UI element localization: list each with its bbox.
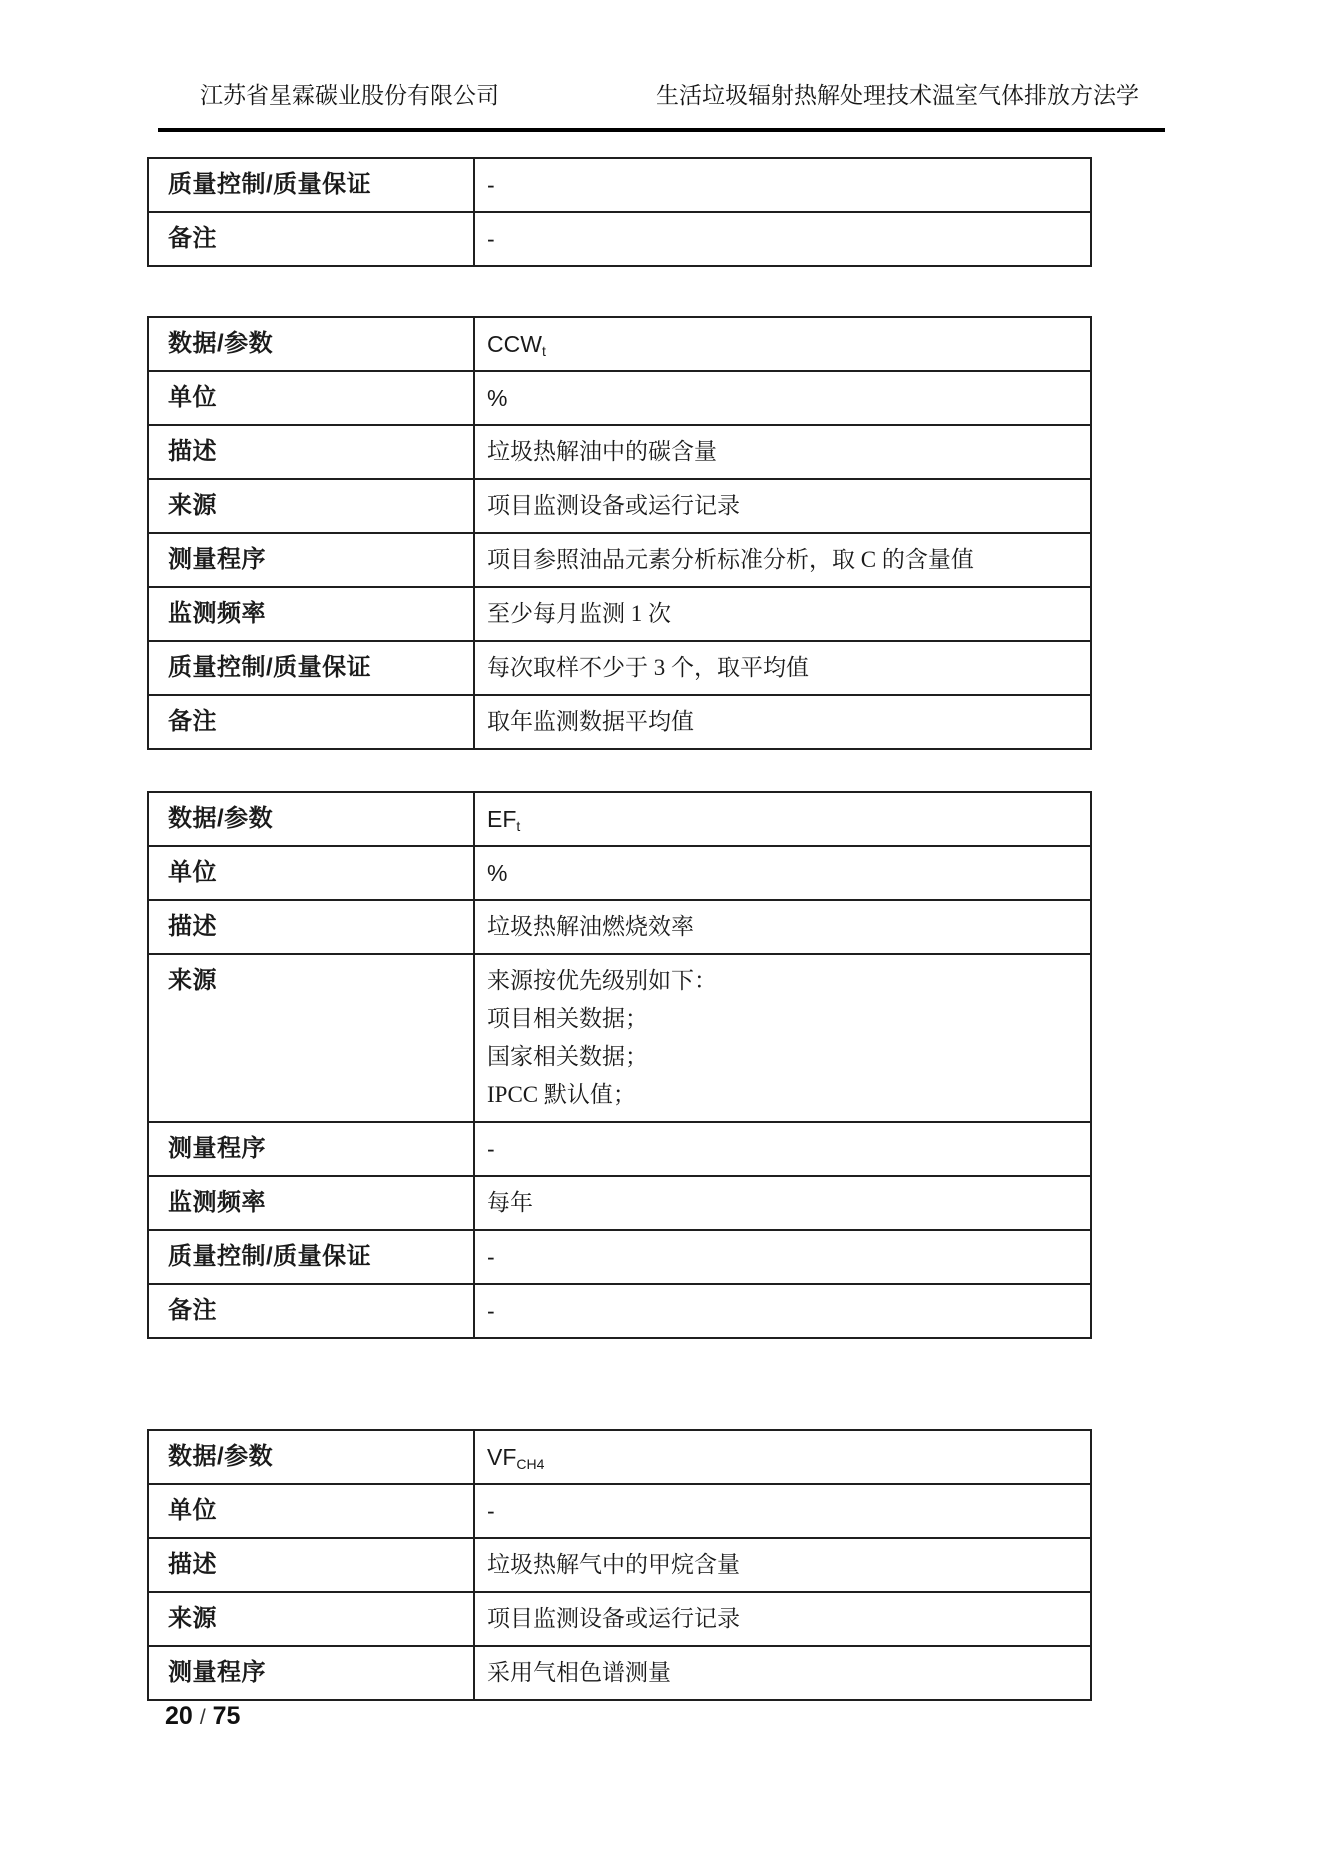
- row-label: 测量程序: [148, 1646, 474, 1700]
- table-row: 单位-: [148, 1484, 1091, 1538]
- row-value-text: EF: [487, 806, 516, 832]
- row-label: 描述: [148, 1538, 474, 1592]
- row-label: 备注: [148, 695, 474, 749]
- row-label: 来源: [148, 954, 474, 1122]
- row-value-text: -: [487, 1498, 495, 1524]
- row-label: 来源: [148, 1592, 474, 1646]
- row-label: 测量程序: [148, 533, 474, 587]
- row-value: 项目监测设备或运行记录: [474, 1592, 1091, 1646]
- table-row: 备注取年监测数据平均值: [148, 695, 1091, 749]
- row-label: 单位: [148, 846, 474, 900]
- row-value-text: -: [487, 226, 495, 252]
- table-param-eft: 数据/参数EFt单位%描述垃圾热解油燃烧效率来源来源按优先级别如下：项目相关数据…: [147, 791, 1092, 1339]
- row-value-text: 每年: [487, 1190, 533, 1215]
- row-value: -: [474, 1484, 1091, 1538]
- row-value: 垃圾热解油中的碳含量: [474, 425, 1091, 479]
- row-label: 单位: [148, 1484, 474, 1538]
- table-row: 数据/参数EFt: [148, 792, 1091, 846]
- row-label: 质量控制/质量保证: [148, 641, 474, 695]
- row-value: 采用气相色谱测量: [474, 1646, 1091, 1700]
- row-value-line: 来源按优先级别如下：: [487, 969, 1082, 993]
- row-value-line: 国家相关数据；: [487, 1045, 1082, 1069]
- row-value-text: 垃圾热解油中的碳含量: [487, 439, 717, 464]
- table-row: 数据/参数VFCH4: [148, 1430, 1091, 1484]
- row-value: VFCH4: [474, 1430, 1091, 1484]
- row-value-line: IPCC 默认值；: [487, 1083, 1082, 1107]
- row-label: 数据/参数: [148, 1430, 474, 1484]
- row-value: EFt: [474, 792, 1091, 846]
- page-number: 20: [165, 1702, 193, 1730]
- table-row: 监测频率每年: [148, 1176, 1091, 1230]
- row-label: 质量控制/质量保证: [148, 1230, 474, 1284]
- table-row: 质量控制/质量保证-: [148, 158, 1091, 212]
- row-label: 备注: [148, 1284, 474, 1338]
- document-title: 生活垃圾辐射热解处理技术温室气体排放方法学: [656, 80, 1139, 112]
- table-row: 数据/参数CCWt: [148, 317, 1091, 371]
- row-value-subscript: CH4: [516, 1456, 544, 1472]
- row-value: -: [474, 1122, 1091, 1176]
- row-value: 垃圾热解油燃烧效率: [474, 900, 1091, 954]
- table-row: 质量控制/质量保证每次取样不少于 3 个，取平均值: [148, 641, 1091, 695]
- row-label: 数据/参数: [148, 317, 474, 371]
- table-row: 测量程序-: [148, 1122, 1091, 1176]
- document-page: 江苏省星霖碳业股份有限公司 生活垃圾辐射热解处理技术温室气体排放方法学 质量控制…: [0, 0, 1323, 1871]
- row-label: 监测频率: [148, 587, 474, 641]
- row-value: CCWt: [474, 317, 1091, 371]
- row-value-text: %: [487, 385, 507, 411]
- table-row: 描述垃圾热解油中的碳含量: [148, 425, 1091, 479]
- row-value: 项目参照油品元素分析标准分析，取 C 的含量值: [474, 533, 1091, 587]
- table-qc-remark: 质量控制/质量保证-备注-: [147, 157, 1092, 267]
- table-param-ccwt: 数据/参数CCWt单位%描述垃圾热解油中的碳含量来源项目监测设备或运行记录测量程…: [147, 316, 1092, 750]
- row-value-text: CCW: [487, 331, 542, 357]
- row-value: 每次取样不少于 3 个，取平均值: [474, 641, 1091, 695]
- row-value-text: 取年监测数据平均值: [487, 709, 694, 734]
- row-value-text: 至少每月监测 1 次: [487, 601, 671, 626]
- row-value-text: -: [487, 1244, 495, 1270]
- row-label: 监测频率: [148, 1176, 474, 1230]
- row-value-subscript: t: [516, 818, 520, 834]
- table-row: 单位%: [148, 371, 1091, 425]
- page-header: 江苏省星霖碳业股份有限公司 生活垃圾辐射热解处理技术温室气体排放方法学: [158, 80, 1165, 132]
- row-value-text: -: [487, 1298, 495, 1324]
- table-row: 来源来源按优先级别如下：项目相关数据；国家相关数据；IPCC 默认值；: [148, 954, 1091, 1122]
- row-label: 数据/参数: [148, 792, 474, 846]
- row-value-text: 每次取样不少于 3 个，取平均值: [487, 655, 809, 680]
- row-value: 取年监测数据平均值: [474, 695, 1091, 749]
- row-value: 垃圾热解气中的甲烷含量: [474, 1538, 1091, 1592]
- table-row: 质量控制/质量保证-: [148, 1230, 1091, 1284]
- row-value-text: 垃圾热解气中的甲烷含量: [487, 1552, 740, 1577]
- table-row: 测量程序项目参照油品元素分析标准分析，取 C 的含量值: [148, 533, 1091, 587]
- row-value-text: 采用气相色谱测量: [487, 1660, 671, 1685]
- row-value: %: [474, 846, 1091, 900]
- row-value-text: %: [487, 860, 507, 886]
- page-number-separator: /: [200, 1706, 206, 1729]
- row-value-text: -: [487, 172, 495, 198]
- row-value: -: [474, 1284, 1091, 1338]
- row-label: 备注: [148, 212, 474, 266]
- row-label: 来源: [148, 479, 474, 533]
- table-row: 单位%: [148, 846, 1091, 900]
- row-value-text: VF: [487, 1444, 516, 1470]
- row-label: 描述: [148, 900, 474, 954]
- table-row: 备注-: [148, 1284, 1091, 1338]
- company-name: 江苏省星霖碳业股份有限公司: [200, 80, 499, 112]
- table-row: 测量程序采用气相色谱测量: [148, 1646, 1091, 1700]
- table-row: 来源项目监测设备或运行记录: [148, 479, 1091, 533]
- row-value-text: 垃圾热解油燃烧效率: [487, 914, 694, 939]
- row-value-subscript: t: [542, 343, 546, 359]
- row-value-line: 项目相关数据；: [487, 1007, 1082, 1031]
- table-row: 描述垃圾热解气中的甲烷含量: [148, 1538, 1091, 1592]
- row-value-text: 项目参照油品元素分析标准分析，取 C 的含量值: [487, 547, 974, 572]
- table-row: 监测频率至少每月监测 1 次: [148, 587, 1091, 641]
- row-value: %: [474, 371, 1091, 425]
- row-label: 质量控制/质量保证: [148, 158, 474, 212]
- page-total: 75: [213, 1702, 241, 1730]
- row-value: 每年: [474, 1176, 1091, 1230]
- row-value: -: [474, 158, 1091, 212]
- row-value: -: [474, 212, 1091, 266]
- row-label: 描述: [148, 425, 474, 479]
- row-value-text: 项目监测设备或运行记录: [487, 1606, 740, 1631]
- table-row: 来源项目监测设备或运行记录: [148, 1592, 1091, 1646]
- row-value-text: -: [487, 1136, 495, 1162]
- row-value: 来源按优先级别如下：项目相关数据；国家相关数据；IPCC 默认值；: [474, 954, 1091, 1122]
- table-row: 描述垃圾热解油燃烧效率: [148, 900, 1091, 954]
- row-value: -: [474, 1230, 1091, 1284]
- table-param-vfch4: 数据/参数VFCH4单位-描述垃圾热解气中的甲烷含量来源项目监测设备或运行记录测…: [147, 1429, 1092, 1701]
- page-footer: 20/75: [165, 1701, 240, 1733]
- row-value: 项目监测设备或运行记录: [474, 479, 1091, 533]
- table-row: 备注-: [148, 212, 1091, 266]
- row-value-text: 项目监测设备或运行记录: [487, 493, 740, 518]
- row-value: 至少每月监测 1 次: [474, 587, 1091, 641]
- row-label: 测量程序: [148, 1122, 474, 1176]
- row-label: 单位: [148, 371, 474, 425]
